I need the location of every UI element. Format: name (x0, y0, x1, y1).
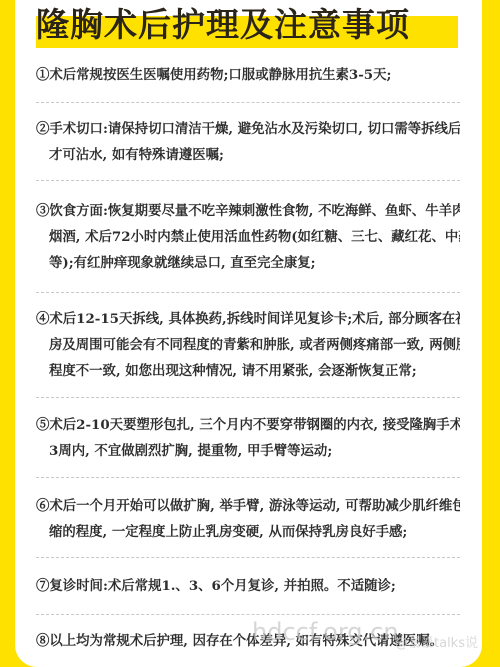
item-text: 术后常规按医生医嘱使用药物;口服或静脉用抗生素3-5天; (49, 67, 391, 83)
item-number: ⑦ (36, 578, 49, 594)
dashed-divider (36, 102, 460, 103)
item-text: 手术切口:请保持切口清洁干燥, 避免沾水及污染切口, 切口需等拆线后2天 (49, 121, 460, 137)
item-line: ⑤术后2-10天要塑形包扎, 三个月内不要穿带钢圈的内衣, 接受隆胸手术后的2- (36, 412, 460, 438)
list-item-1: ①术后常规按医生医嘱使用药物;口服或静脉用抗生素3-5天; (36, 62, 460, 88)
item-text: 复诊时间:术后常规1.、3、6个月复诊, 并拍照。不适随诊; (49, 578, 395, 594)
list-item-2: ②手术切口:请保持切口清洁干燥, 避免沾水及污染切口, 切口需等拆线后2天 才可… (36, 116, 460, 168)
item-line: ②手术切口:请保持切口清洁干燥, 避免沾水及污染切口, 切口需等拆线后2天 (36, 116, 460, 142)
item-text: 术后一个月开始可以做扩胸, 举手臂, 游泳等运动, 可帮助减少肌纤维包膜挛 (49, 498, 460, 514)
item-line: ④术后12-15天拆线, 具体换药,拆线时间详见复诊卡;术后, 部分顾客在初期乳 (36, 306, 460, 332)
list-item-3: ③饮食方面:恢复期要尽量不吃辛辣刺激性食物, 不吃海鲜、鱼虾、牛羊肉等;禁 烟酒… (36, 198, 460, 276)
list-item-7: ⑦复诊时间:术后常规1.、3、6个月复诊, 并拍照。不适随诊; (36, 573, 460, 599)
item-number: ⑤ (36, 417, 49, 433)
dashed-divider (36, 557, 460, 558)
page-title: 隆胸术后护理及注意事项 (36, 4, 410, 46)
dashed-divider (36, 477, 460, 478)
dashed-divider (36, 292, 460, 293)
dashed-divider (36, 180, 460, 181)
item-line: 房及周围可能会有不同程度的青紫和肿胀, 或者两侧疼痛部一致, 两侧肿胀 (36, 332, 460, 358)
item-number: ② (36, 121, 49, 137)
list-item-6: ⑥术后一个月开始可以做扩胸, 举手臂, 游泳等运动, 可帮助减少肌纤维包膜挛 缩… (36, 493, 460, 545)
item-text: 饮食方面:恢复期要尽量不吃辛辣刺激性食物, 不吃海鲜、鱼虾、牛羊肉等;禁 (49, 203, 460, 219)
title-block: 隆胸术后护理及注意事项 (36, 4, 458, 50)
item-number: ⑥ (36, 498, 49, 514)
item-line: ⑦复诊时间:术后常规1.、3、6个月复诊, 并拍照。不适随诊; (36, 573, 460, 599)
item-number: ⑧ (36, 633, 49, 649)
dashed-divider (36, 397, 460, 398)
list-item-5: ⑤术后2-10天要塑形包扎, 三个月内不要穿带钢圈的内衣, 接受隆胸手术后的2-… (36, 412, 460, 464)
item-number: ① (36, 67, 49, 83)
dashed-divider (36, 614, 460, 615)
item-line: 3周内, 不宜做剧烈扩胸, 提重物, 甲手臂等运动; (36, 438, 460, 464)
list-item-4: ④术后12-15天拆线, 具体换药,拆线时间详见复诊卡;术后, 部分顾客在初期乳… (36, 306, 460, 384)
item-line: ⑥术后一个月开始可以做扩胸, 举手臂, 游泳等运动, 可帮助减少肌纤维包膜挛 (36, 493, 460, 519)
item-line: 缩的程度, 一定程度上防止乳房变硬, 从而保持乳房良好手感; (36, 519, 460, 545)
item-number: ③ (36, 203, 49, 219)
item-text: 术后12-15天拆线, 具体换药,拆线时间详见复诊卡;术后, 部分顾客在初期乳 (49, 311, 460, 327)
item-text: 术后2-10天要塑形包扎, 三个月内不要穿带钢圈的内衣, 接受隆胸手术后的2- (49, 417, 460, 433)
site-watermark: hdccf.org.cn (252, 618, 399, 646)
item-line: ①术后常规按医生医嘱使用药物;口服或静脉用抗生素3-5天; (36, 62, 460, 88)
user-watermark: @暴暴talks说 (395, 632, 478, 651)
item-line: 等);有红肿痒现象就继续忌口, 直至完全康复; (36, 250, 460, 276)
item-line: ③饮食方面:恢复期要尽量不吃辛辣刺激性食物, 不吃海鲜、鱼虾、牛羊肉等;禁 (36, 198, 460, 224)
item-line: 程度不一致, 如您出现这种情况, 请不用紧张, 会逐渐恢复正常; (36, 358, 460, 384)
item-line: 才可沾水, 如有特殊请遵医嘱; (36, 142, 460, 168)
item-number: ④ (36, 311, 49, 327)
item-line: 烟酒, 术后72小时内禁止使用活血性药物(如红糖、三七、藏红花、中药煲汤 (36, 224, 460, 250)
